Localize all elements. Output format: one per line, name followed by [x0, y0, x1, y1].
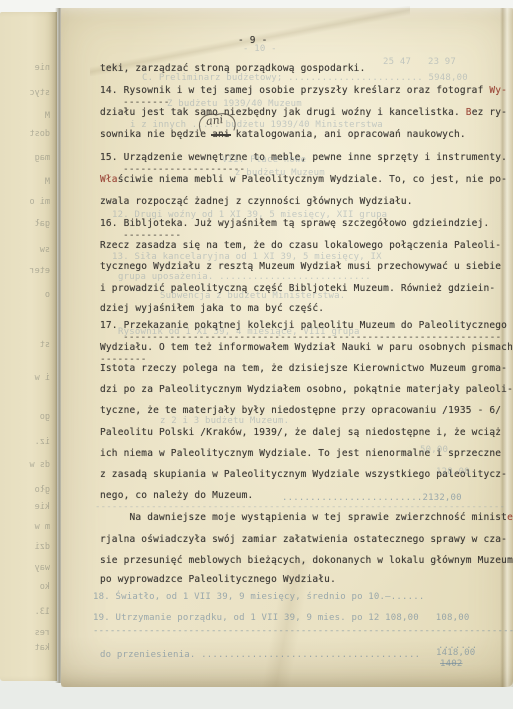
mirrored-bleedthrough-fragment: sw: [4, 245, 50, 255]
bleedthrough-line: 25 47 23 97: [383, 57, 456, 67]
bleedthrough-line: 12. Drugi woźny od 1 XI 39, 5 miesięcy, …: [112, 210, 387, 220]
red-ink-text: Wy-: [489, 85, 507, 96]
typed-line: dziej wyjaśniłem jaka to ma być część.: [100, 304, 324, 314]
mirrored-bleedthrough-fragment: M: [4, 177, 50, 187]
bleedthrough-line: ----------------------------------------…: [93, 626, 513, 636]
typed-line: Istota rzeczy polega na tem, że dzisiejs…: [100, 364, 507, 374]
typed-line: Paleolitu Polski /Kraków, 1939/, że dale…: [100, 428, 501, 438]
bleedthrough-line: Z budżetu 1939/40 Muzeum: [167, 99, 302, 109]
bleedthrough-line: 1402: [440, 659, 462, 669]
scanned-document-image: - 9 -teki, zarządzać stroną porządkową g…: [0, 0, 513, 709]
mirrored-bleedthrough-fragment: st: [4, 340, 50, 350]
mirrored-bleedthrough-fragment: kie: [4, 502, 50, 512]
bleedthrough-line: 19. Utrzymanie porządku, od 1 VII 39, 9 …: [93, 613, 469, 623]
text-segment: ez ry-: [472, 107, 507, 118]
mirrored-bleedthrough-fragment: go: [4, 412, 50, 422]
mirrored-bleedthrough-fragment: M: [4, 111, 50, 121]
mirrored-bleedthrough-fragment: mi o: [4, 197, 50, 207]
typed-line: rjalna oświadczyła swój zamiar załatwien…: [100, 535, 507, 545]
mirrored-bleedthrough-fragment: kat: [4, 643, 50, 653]
red-ink-text: Wła: [100, 174, 118, 185]
bleedthrough-line: 128,00: [436, 467, 470, 477]
typed-line: tycznego Wydziału z resztą Muzeum Wydzia…: [100, 262, 501, 272]
bleedthrough-line: C. Preliminarz budżetowy; ..............…: [142, 73, 468, 83]
mirrored-bleedthrough-fragment: o: [4, 290, 50, 300]
handwritten-correction: ani: [194, 110, 242, 136]
mirrored-bleedthrough-fragment: nie: [4, 63, 50, 73]
typed-line: dzi po za Paleolitycznym Wydziałem osobn…: [100, 385, 513, 395]
bleedthrough-line: grupa uposażenia. ......................…: [118, 272, 371, 282]
mirrored-bleedthrough-fragment: gał: [4, 219, 50, 229]
typed-line: po wyprowadzce Paleolitycznego Wydziału.: [100, 575, 336, 585]
mirrored-bleedthrough-fragment: m w: [4, 522, 50, 532]
typed-line: sownika nie będzie ani katalogowania, an…: [100, 130, 466, 140]
text-segment: Na dawniejsze moje wystąpienia w tej spr…: [100, 512, 507, 523]
typed-line: 14. Rysownik i w tej samej osobie przysz…: [100, 86, 507, 96]
bleedthrough-line: do przeniesienia. ......................…: [100, 650, 420, 660]
mirrored-bleedthrough-fragment: mag: [4, 153, 50, 163]
bleedthrough-line: 13. Siła kancelaryjna od 1 XI 39, 5 mies…: [112, 252, 382, 262]
bleedthrough-line: 50,00: [420, 445, 448, 455]
typed-line: zwala rozpocząć żadnej z czynności główn…: [100, 197, 413, 207]
mirrored-bleedthrough-fragment: dost: [4, 129, 50, 139]
typed-line: 16. Bibljoteka. Już wyjaśniłem tą sprawę…: [100, 219, 489, 229]
bleedthrough-line: VII. Płace nowe: [222, 155, 306, 165]
mirrored-bleedthrough-fragment: 13.: [4, 607, 50, 617]
mirrored-bleedthrough-fragment: gło: [4, 485, 50, 495]
typed-line: Wydziału. O tem też informowałem Wydział…: [100, 343, 513, 353]
mirrored-bleedthrough-fragment: iz.: [4, 437, 50, 447]
mirrored-bleedthrough-fragment: res: [4, 628, 50, 638]
bleedthrough-line: z budżetu Muzeum: [235, 168, 325, 178]
mirrored-bleedthrough-fragment: eter: [4, 266, 50, 276]
mirrored-bleedthrough-fragment: i w: [4, 373, 50, 383]
bleedthrough-line: 1418,00: [436, 648, 475, 658]
mirrored-bleedthrough-fragment: dzi: [4, 542, 50, 552]
mirrored-bleedthrough-fragment: ko: [4, 582, 50, 592]
typed-line: Na dawniejsze moje wystąpienia w tej spr…: [100, 513, 513, 523]
bleedthrough-line: 18. Światło, od 1 VII 39, 9 miesięcy, śr…: [93, 592, 425, 602]
bleedthrough-line: Subwencja z budżetu Ministerstwa.: [160, 291, 345, 301]
typed-line: nego, co należy do Muzeum.: [100, 491, 253, 501]
bleedthrough-line: ----------------------------------------…: [95, 502, 505, 512]
text-segment: 14. Rysownik i w tej samej osobie przysz…: [100, 85, 489, 96]
mirrored-bleedthrough-fragment: ds w: [4, 460, 50, 470]
text-segment: katalogowania, ani opracowań naukowych.: [230, 129, 466, 140]
bleedthrough-line: z 2 i 3 budżetu Muzeum.: [160, 416, 289, 426]
handwritten-word: ani: [205, 113, 224, 128]
mirrored-bleedthrough-fragment: way: [4, 563, 50, 573]
typed-text-layer: - 9 -teki, zarządzać stroną porządkową g…: [0, 0, 513, 709]
typed-line: sie przesunięć meblowych bieżących, doko…: [100, 556, 513, 566]
bleedthrough-line: i z innych ..... budżetu 1939/40 Ministe…: [130, 120, 383, 130]
mirrored-bleedthrough-fragment: styc: [4, 88, 50, 98]
typed-line: tyczne, że te materjały były niedostępne…: [100, 406, 501, 416]
typed-line: działu jest tak samo niezbędny jak drugi…: [100, 108, 507, 118]
typed-line: Rzecz zasadza się na tem, że do czasu lo…: [100, 241, 501, 251]
bleedthrough-line: - 10 -: [243, 44, 277, 54]
bleedthrough-line: Rysownik od 1 XI 39, 4 miesiące, VIII gr…: [118, 327, 360, 337]
